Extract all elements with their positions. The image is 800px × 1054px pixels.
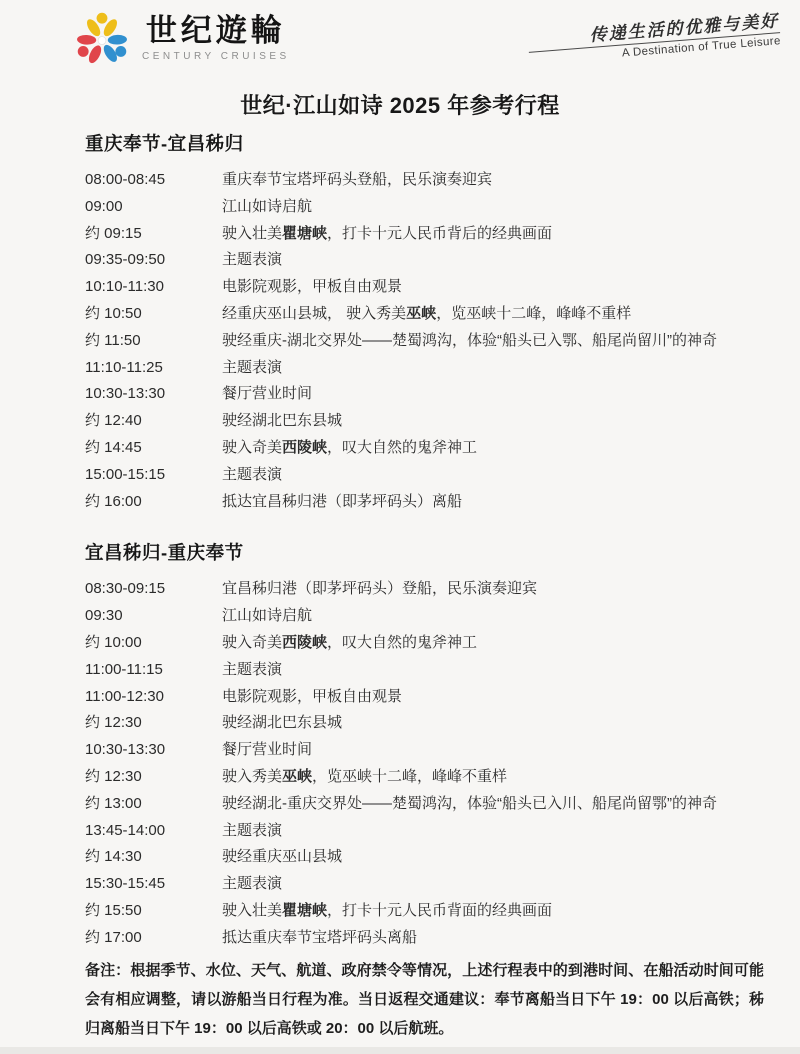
schedule-row: 09:30江山如诗启航 bbox=[85, 603, 764, 630]
row-desc: 驶入壮美瞿塘峡，打卡十元人民币背后的经典画面 bbox=[222, 221, 764, 248]
desc-text: 驶入壮美 bbox=[222, 902, 282, 919]
schedule-row: 约 12:30驶入秀美巫峡，览巫峡十二峰，峰峰不重样 bbox=[85, 764, 764, 791]
row-desc: 重庆奉节宝塔坪码头登船，民乐演奏迎宾 bbox=[222, 167, 764, 194]
schedule-row: 约 12:40驶经湖北巴东县城 bbox=[85, 408, 764, 435]
row-time: 约 14:30 bbox=[85, 844, 222, 871]
schedule-row: 约 14:30驶经重庆巫山县城 bbox=[85, 844, 764, 871]
row-time: 10:30-13:30 bbox=[85, 737, 222, 764]
desc-text: 餐厅营业时间 bbox=[222, 385, 312, 402]
row-desc: 主题表演 bbox=[222, 818, 764, 845]
content-area: 重庆奉节-宜昌秭归08:00-08:45重庆奉节宝塔坪码头登船，民乐演奏迎宾09… bbox=[85, 130, 764, 1043]
desc-text: 驶经重庆巫山县城 bbox=[222, 848, 342, 865]
row-desc: 驶入秀美巫峡，览巫峡十二峰，峰峰不重样 bbox=[222, 764, 764, 791]
row-desc: 电影院观影，甲板自由观景 bbox=[222, 274, 764, 301]
schedule-row: 约 13:00驶经湖北-重庆交界处——楚蜀鸿沟，体验“船头已入川、船尾尚留鄂”的… bbox=[85, 791, 764, 818]
row-time: 10:10-11:30 bbox=[85, 274, 222, 301]
row-time: 约 15:50 bbox=[85, 898, 222, 925]
logo-figure-yellow bbox=[84, 13, 119, 39]
schedule-row: 约 17:00抵达重庆奉节宝塔坪码头离船 bbox=[85, 925, 764, 952]
desc-text: 抵达重庆奉节宝塔坪码头离船 bbox=[222, 929, 417, 946]
desc-text: 江山如诗启航 bbox=[222, 198, 312, 215]
row-desc: 餐厅营业时间 bbox=[222, 737, 764, 764]
desc-text: 主题表演 bbox=[222, 875, 282, 892]
schedule-row: 约 10:50经重庆巫山县城， 驶入秀美巫峡，览巫峡十二峰，峰峰不重样 bbox=[85, 301, 764, 328]
row-desc: 电影院观影，甲板自由观景 bbox=[222, 684, 764, 711]
schedule-row: 09:00江山如诗启航 bbox=[85, 194, 764, 221]
row-time: 约 10:50 bbox=[85, 301, 222, 328]
schedule-row: 13:45-14:00主题表演 bbox=[85, 818, 764, 845]
itinerary-section: 宜昌秭归-重庆奉节08:30-09:15宜昌秭归港（即茅坪码头）登船，民乐演奏迎… bbox=[85, 539, 764, 951]
row-desc: 抵达宜昌秭归港（即茅坪码头）离船 bbox=[222, 489, 764, 516]
row-desc: 经重庆巫山县城， 驶入秀美巫峡，览巫峡十二峰，峰峰不重样 bbox=[222, 301, 764, 328]
row-time: 08:30-09:15 bbox=[85, 576, 222, 603]
row-time: 约 14:45 bbox=[85, 435, 222, 462]
desc-text: 主题表演 bbox=[222, 822, 282, 839]
desc-text: 主题表演 bbox=[222, 661, 282, 678]
desc-text: 主题表演 bbox=[222, 466, 282, 483]
row-desc: 主题表演 bbox=[222, 657, 764, 684]
desc-text: ，叹大自然的鬼斧神工 bbox=[327, 439, 477, 456]
century-cruises-logo-icon bbox=[70, 6, 134, 70]
schedule-row: 约 12:30驶经湖北巴东县城 bbox=[85, 710, 764, 737]
row-desc: 驶经湖北巴东县城 bbox=[222, 408, 764, 435]
row-time: 10:30-13:30 bbox=[85, 381, 222, 408]
schedule-row: 约 09:15驶入壮美瞿塘峡，打卡十元人民币背后的经典画面 bbox=[85, 221, 764, 248]
row-desc: 江山如诗启航 bbox=[222, 194, 764, 221]
row-time: 约 10:00 bbox=[85, 630, 222, 657]
row-desc: 主题表演 bbox=[222, 871, 764, 898]
row-time: 09:30 bbox=[85, 603, 222, 630]
desc-text: 电影院观影，甲板自由观景 bbox=[222, 278, 402, 295]
row-time: 约 12:40 bbox=[85, 408, 222, 435]
row-time: 约 16:00 bbox=[85, 489, 222, 516]
schedule-row: 09:35-09:50主题表演 bbox=[85, 247, 764, 274]
desc-text: 江山如诗启航 bbox=[222, 607, 312, 624]
itinerary: 重庆奉节-宜昌秭归08:00-08:45重庆奉节宝塔坪码头登船，民乐演奏迎宾09… bbox=[85, 130, 764, 952]
desc-text: 驶入秀美 bbox=[222, 768, 282, 785]
gorge-name: 巫峡 bbox=[282, 768, 312, 785]
schedule-row: 10:30-13:30餐厅营业时间 bbox=[85, 737, 764, 764]
logo-name-cn: 世纪遊輪 bbox=[146, 14, 286, 48]
row-time: 09:00 bbox=[85, 194, 222, 221]
row-desc: 主题表演 bbox=[222, 355, 764, 382]
row-time: 11:00-11:15 bbox=[85, 657, 222, 684]
row-time: 约 12:30 bbox=[85, 764, 222, 791]
desc-text: 重庆奉节宝塔坪码头登船，民乐演奏迎宾 bbox=[222, 171, 492, 188]
row-desc: 宜昌秭归港（即茅坪码头）登船，民乐演奏迎宾 bbox=[222, 576, 764, 603]
row-time: 08:00-08:45 bbox=[85, 167, 222, 194]
desc-text: ，览巫峡十二峰，峰峰不重样 bbox=[436, 305, 631, 322]
row-time: 约 09:15 bbox=[85, 221, 222, 248]
row-time: 11:10-11:25 bbox=[85, 355, 222, 382]
scan-edge bbox=[0, 1047, 800, 1054]
schedule-row: 约 14:45驶入奇美西陵峡，叹大自然的鬼斧神工 bbox=[85, 435, 764, 462]
gorge-name: 瞿塘峡 bbox=[282, 225, 327, 242]
row-desc: 驶入壮美瞿塘峡，打卡十元人民币背面的经典画面 bbox=[222, 898, 764, 925]
schedule-row: 08:30-09:15宜昌秭归港（即茅坪码头）登船，民乐演奏迎宾 bbox=[85, 576, 764, 603]
row-desc: 驶入奇美西陵峡，叹大自然的鬼斧神工 bbox=[222, 435, 764, 462]
desc-text: 主题表演 bbox=[222, 359, 282, 376]
document-page: 世纪遊輪 CENTURY CRUISES 传递生活的优雅与美好 A Destin… bbox=[0, 0, 800, 1054]
row-desc: 江山如诗启航 bbox=[222, 603, 764, 630]
row-time: 约 12:30 bbox=[85, 710, 222, 737]
desc-text: 驶经湖北-重庆交界处——楚蜀鸿沟，体验“船头已入川、船尾尚留鄂”的神奇 bbox=[222, 795, 717, 812]
desc-text: ，叹大自然的鬼斧神工 bbox=[327, 634, 477, 651]
schedule-row: 11:00-11:15主题表演 bbox=[85, 657, 764, 684]
desc-text: ，打卡十元人民币背面的经典画面 bbox=[327, 902, 552, 919]
page-title: 世纪·江山如诗 2025 年参考行程 bbox=[0, 89, 800, 120]
brand-tagline: 传递生活的优雅与美好 A Destination of True Leisure bbox=[527, 6, 781, 67]
logo-center-dot bbox=[98, 37, 106, 45]
row-time: 15:00-15:15 bbox=[85, 462, 222, 489]
desc-text: 驶经重庆-湖北交界处——楚蜀鸿沟，体验“船头已入鄂、船尾尚留川”的神奇 bbox=[222, 332, 717, 349]
schedule-row: 10:10-11:30电影院观影，甲板自由观景 bbox=[85, 274, 764, 301]
desc-text: ，打卡十元人民币背后的经典画面 bbox=[327, 225, 552, 242]
logo-name-en: CENTURY CRUISES bbox=[142, 51, 290, 62]
itinerary-section: 重庆奉节-宜昌秭归08:00-08:45重庆奉节宝塔坪码头登船，民乐演奏迎宾09… bbox=[85, 130, 764, 515]
schedule-row: 约 11:50驶经重庆-湖北交界处——楚蜀鸿沟，体验“船头已入鄂、船尾尚留川”的… bbox=[85, 328, 764, 355]
row-desc: 驶经湖北-重庆交界处——楚蜀鸿沟，体验“船头已入川、船尾尚留鄂”的神奇 bbox=[222, 791, 764, 818]
row-desc: 驶经重庆巫山县城 bbox=[222, 844, 764, 871]
remarks-note: 备注：根据季节、水位、天气、航道、政府禁令等情况，上述行程表中的到港时间、在船活… bbox=[85, 956, 764, 1043]
row-time: 13:45-14:00 bbox=[85, 818, 222, 845]
schedule-row: 15:00-15:15主题表演 bbox=[85, 462, 764, 489]
desc-text: 餐厅营业时间 bbox=[222, 741, 312, 758]
row-desc: 驶经湖北巴东县城 bbox=[222, 710, 764, 737]
row-desc: 主题表演 bbox=[222, 247, 764, 274]
schedule-row: 约 10:00驶入奇美西陵峡，叹大自然的鬼斧神工 bbox=[85, 630, 764, 657]
desc-text: 电影院观影，甲板自由观景 bbox=[222, 688, 402, 705]
schedule-row: 11:10-11:25主题表演 bbox=[85, 355, 764, 382]
schedule-row: 约 15:50驶入壮美瞿塘峡，打卡十元人民币背面的经典画面 bbox=[85, 898, 764, 925]
desc-text: 驶入奇美 bbox=[222, 439, 282, 456]
desc-text: 经重庆巫山县城， 驶入秀美 bbox=[222, 305, 406, 322]
desc-text: 驶入奇美 bbox=[222, 634, 282, 651]
logo: 世纪遊輪 CENTURY CRUISES bbox=[70, 6, 290, 70]
schedule-row: 10:30-13:30餐厅营业时间 bbox=[85, 381, 764, 408]
gorge-name: 瞿塘峡 bbox=[282, 902, 327, 919]
gorge-name: 西陵峡 bbox=[282, 439, 327, 456]
desc-text: 宜昌秭归港（即茅坪码头）登船，民乐演奏迎宾 bbox=[222, 580, 537, 597]
row-time: 11:00-12:30 bbox=[85, 684, 222, 711]
row-time: 09:35-09:50 bbox=[85, 247, 222, 274]
gorge-name: 西陵峡 bbox=[282, 634, 327, 651]
schedule-row: 约 16:00抵达宜昌秭归港（即茅坪码头）离船 bbox=[85, 489, 764, 516]
gorge-name: 巫峡 bbox=[406, 305, 436, 322]
desc-text: 驶经湖北巴东县城 bbox=[222, 714, 342, 731]
schedule-row: 08:00-08:45重庆奉节宝塔坪码头登船，民乐演奏迎宾 bbox=[85, 167, 764, 194]
row-desc: 驶经重庆-湖北交界处——楚蜀鸿沟，体验“船头已入鄂、船尾尚留川”的神奇 bbox=[222, 328, 764, 355]
row-desc: 主题表演 bbox=[222, 462, 764, 489]
desc-text: ，览巫峡十二峰，峰峰不重样 bbox=[312, 768, 507, 785]
schedule-row: 11:00-12:30电影院观影，甲板自由观景 bbox=[85, 684, 764, 711]
section-heading: 宜昌秭归-重庆奉节 bbox=[85, 539, 764, 565]
row-desc: 餐厅营业时间 bbox=[222, 381, 764, 408]
logo-text: 世纪遊輪 CENTURY CRUISES bbox=[142, 14, 290, 61]
row-time: 约 17:00 bbox=[85, 925, 222, 952]
row-time: 约 13:00 bbox=[85, 791, 222, 818]
desc-text: 驶入壮美 bbox=[222, 225, 282, 242]
schedule-row: 15:30-15:45主题表演 bbox=[85, 871, 764, 898]
section-heading: 重庆奉节-宜昌秭归 bbox=[85, 130, 764, 156]
row-desc: 抵达重庆奉节宝塔坪码头离船 bbox=[222, 925, 764, 952]
row-desc: 驶入奇美西陵峡，叹大自然的鬼斧神工 bbox=[222, 630, 764, 657]
desc-text: 主题表演 bbox=[222, 251, 282, 268]
desc-text: 驶经湖北巴东县城 bbox=[222, 412, 342, 429]
desc-text: 抵达宜昌秭归港（即茅坪码头）离船 bbox=[222, 493, 462, 510]
row-time: 15:30-15:45 bbox=[85, 871, 222, 898]
row-time: 约 11:50 bbox=[85, 328, 222, 355]
